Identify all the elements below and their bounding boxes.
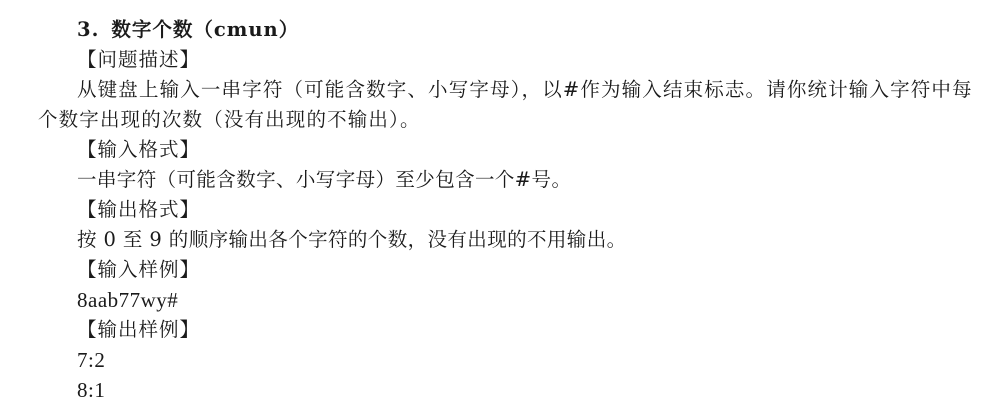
document-page: 3.数字个数（cmun） 【问题描述】 从键盘上输入一串字符（可能含数字、小写字…: [0, 0, 997, 405]
sample-input-line: 8aab77wy#: [77, 288, 178, 312]
problem-number: 3.: [77, 18, 99, 41]
output-format-heading: 【输出格式】: [77, 198, 200, 222]
input-format-text: 一串字符（可能含数字、小写字母）至少包含一个#号。: [77, 168, 571, 192]
description-line-1: 从键盘上输入一串字符（可能含数字、小写字母），以#作为输入结束标志。请你统计输入…: [77, 78, 973, 102]
problem-title: 3.数字个数（cmun）: [77, 18, 299, 42]
sample-output-heading: 【输出样例】: [77, 318, 200, 342]
problem-title-text: 数字个数（cmun）: [111, 18, 299, 41]
sample-output-line: 7:2: [77, 348, 105, 372]
input-format-heading: 【输入格式】: [77, 138, 200, 162]
sample-output-line: 8:1: [77, 378, 105, 402]
description-heading: 【问题描述】: [77, 48, 200, 72]
description-line-2: 个数字出现的次数（没有出现的不输出）。: [38, 108, 421, 132]
output-format-text: 按 0 至 9 的顺序输出各个字符的个数，没有出现的不用输出。: [77, 228, 627, 252]
sample-input-heading: 【输入样例】: [77, 258, 200, 282]
